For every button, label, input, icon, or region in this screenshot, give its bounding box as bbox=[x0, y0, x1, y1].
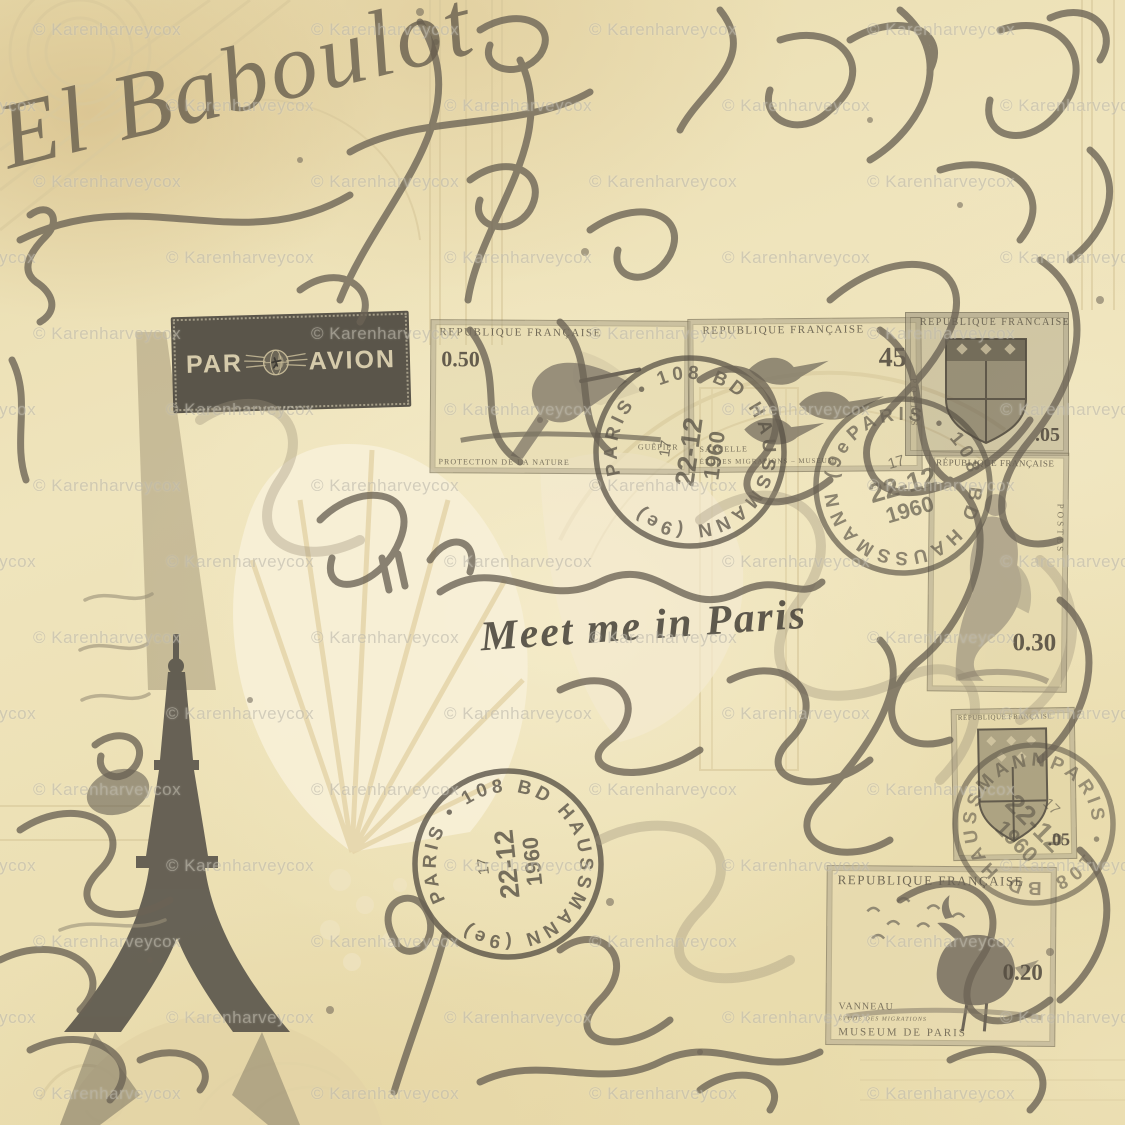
watermark: © Karenharveycox bbox=[33, 1084, 181, 1104]
watermark: © Karenharveycox bbox=[0, 856, 36, 876]
watermark: © Karenharveycox bbox=[33, 628, 181, 648]
watermark: © Karenharveycox bbox=[0, 248, 36, 268]
watermark: © Karenharveycox bbox=[33, 932, 181, 952]
watermark: © Karenharveycox bbox=[589, 476, 737, 496]
watermark: © Karenharveycox bbox=[444, 552, 592, 572]
watermark: © Karenharveycox bbox=[33, 172, 181, 192]
watermark: © Karenharveycox bbox=[867, 324, 1015, 344]
watermark: © Karenharveycox bbox=[1000, 400, 1125, 420]
watermark: © Karenharveycox bbox=[166, 1008, 314, 1028]
watermark: © Karenharveycox bbox=[722, 400, 870, 420]
watermark: © Karenharveycox bbox=[444, 1008, 592, 1028]
watermark: © Karenharveycox bbox=[0, 552, 36, 572]
watermark: © Karenharveycox bbox=[867, 1084, 1015, 1104]
watermark: © Karenharveycox bbox=[444, 704, 592, 724]
watermark: © Karenharveycox bbox=[867, 628, 1015, 648]
watermark: © Karenharveycox bbox=[0, 400, 36, 420]
watermark: © Karenharveycox bbox=[1000, 1008, 1125, 1028]
watermark: © Karenharveycox bbox=[722, 856, 870, 876]
watermark: © Karenharveycox bbox=[311, 628, 459, 648]
watermark: © Karenharveycox bbox=[867, 172, 1015, 192]
watermark: © Karenharveycox bbox=[722, 552, 870, 572]
watermark: © Karenharveycox bbox=[444, 400, 592, 420]
watermark: © Karenharveycox bbox=[867, 476, 1015, 496]
watermark: © Karenharveycox bbox=[722, 96, 870, 116]
watermark: © Karenharveycox bbox=[867, 780, 1015, 800]
watermark: © Karenharveycox bbox=[1000, 248, 1125, 268]
watermark: © Karenharveycox bbox=[166, 248, 314, 268]
watermark: © Karenharveycox bbox=[166, 96, 314, 116]
watermark: © Karenharveycox bbox=[311, 324, 459, 344]
watermark: © Karenharveycox bbox=[311, 932, 459, 952]
watermark: © Karenharveycox bbox=[722, 704, 870, 724]
watermark: © Karenharveycox bbox=[0, 704, 36, 724]
watermark: © Karenharveycox bbox=[589, 1084, 737, 1104]
watermark: © Karenharveycox bbox=[33, 476, 181, 496]
watermark: © Karenharveycox bbox=[589, 628, 737, 648]
watermark: © Karenharveycox bbox=[166, 704, 314, 724]
watermark: © Karenharveycox bbox=[166, 400, 314, 420]
vintage-paris-collage: REPUBLIQUE FRANÇAISE 0.50 PROTECTION DE … bbox=[0, 0, 1125, 1125]
watermark: © Karenharveycox bbox=[444, 856, 592, 876]
watermark: © Karenharveycox bbox=[311, 476, 459, 496]
watermark: © Karenharveycox bbox=[311, 780, 459, 800]
watermark: © Karenharveycox bbox=[33, 780, 181, 800]
watermark: © Karenharveycox bbox=[589, 172, 737, 192]
watermark: © Karenharveycox bbox=[1000, 96, 1125, 116]
watermark: © Karenharveycox bbox=[722, 248, 870, 268]
watermark: © Karenharveycox bbox=[589, 20, 737, 40]
watermark: © Karenharveycox bbox=[311, 1084, 459, 1104]
watermark-layer: © Karenharveycox© Karenharveycox© Karenh… bbox=[0, 0, 1125, 1125]
watermark: © Karenharveycox bbox=[589, 324, 737, 344]
watermark: © Karenharveycox bbox=[1000, 552, 1125, 572]
watermark: © Karenharveycox bbox=[1000, 704, 1125, 724]
watermark: © Karenharveycox bbox=[33, 20, 181, 40]
watermark: © Karenharveycox bbox=[311, 172, 459, 192]
watermark: © Karenharveycox bbox=[1000, 856, 1125, 876]
watermark: © Karenharveycox bbox=[33, 324, 181, 344]
watermark: © Karenharveycox bbox=[722, 1008, 870, 1028]
watermark: © Karenharveycox bbox=[166, 856, 314, 876]
watermark: © Karenharveycox bbox=[166, 552, 314, 572]
watermark: © Karenharveycox bbox=[444, 248, 592, 268]
watermark: © Karenharveycox bbox=[0, 1008, 36, 1028]
watermark: © Karenharveycox bbox=[589, 780, 737, 800]
watermark: © Karenharveycox bbox=[311, 20, 459, 40]
watermark: © Karenharveycox bbox=[867, 932, 1015, 952]
watermark: © Karenharveycox bbox=[867, 20, 1015, 40]
watermark: © Karenharveycox bbox=[444, 96, 592, 116]
watermark: © Karenharveycox bbox=[589, 932, 737, 952]
watermark: © Karenharveycox bbox=[0, 96, 36, 116]
